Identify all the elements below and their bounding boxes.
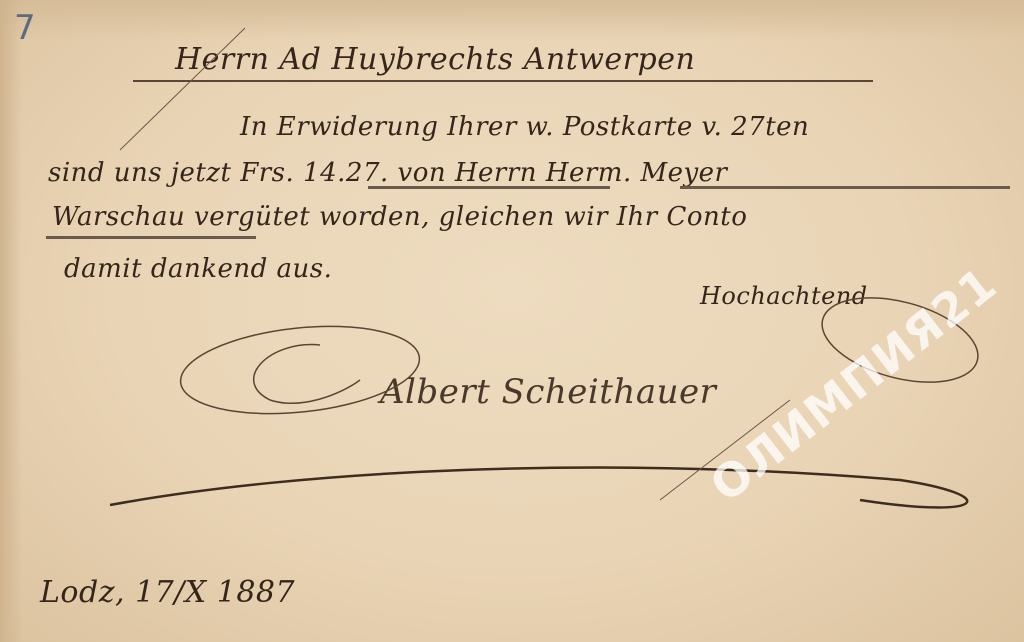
place-date: Lodz, 17/X 1887 xyxy=(40,575,295,610)
signature-flourishes xyxy=(0,0,1024,642)
